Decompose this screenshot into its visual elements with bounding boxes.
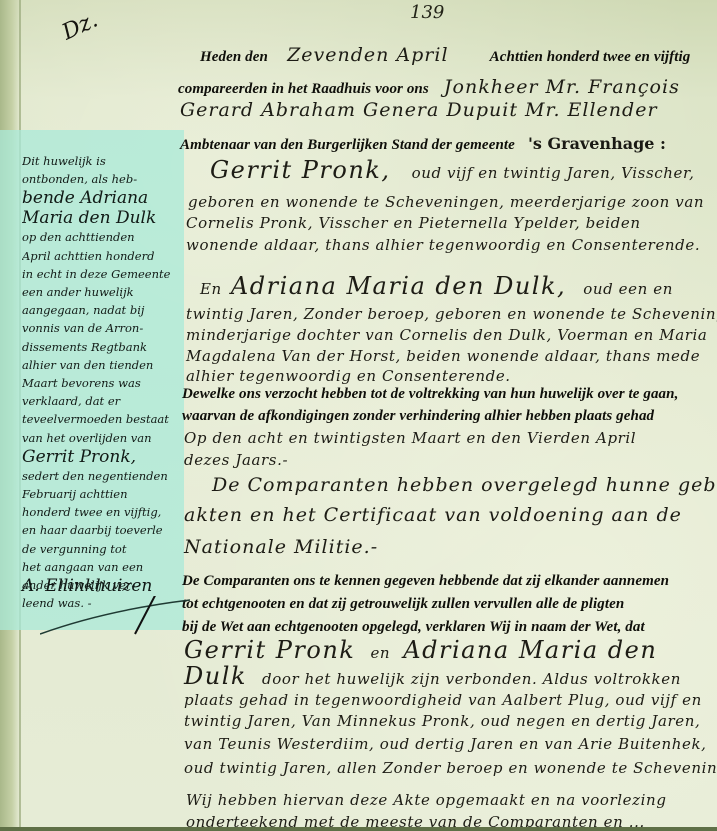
groom-name-2: Gerrit Pronk <box>184 636 355 664</box>
signature-flourish <box>40 596 200 636</box>
record-line: Heden den Zevenden April Achttien honder… <box>200 44 690 66</box>
record-line: plaats gehad in tegenwoordigheid van Aal… <box>184 690 702 709</box>
record-line: Dewelke ons verzocht hebben tot de voltr… <box>182 383 678 403</box>
margin-signature: A. Ellinkhuizen <box>22 576 152 596</box>
bride-name-2: Adriana Maria den <box>403 636 657 664</box>
record-line: akten en het Certificaat van voldoening … <box>184 504 682 526</box>
official-name-cont: Gerard Abraham Genera Dupuit Mr. Ellende… <box>180 99 658 121</box>
page-number: 139 <box>410 2 444 23</box>
scan-bottom-edge <box>0 827 717 831</box>
official-name: Jonkheer Mr. François <box>444 76 680 98</box>
record-line: bij de Wet aan echtgenooten opgelegd, ve… <box>182 616 645 636</box>
corner-initials: Dz. <box>58 8 101 46</box>
record-line: Gerrit Pronk, oud vijf en twintig Jaren,… <box>210 156 694 184</box>
record-line: Gerrit Pronk en Adriana Maria den <box>184 636 657 664</box>
date-handwritten: Zevenden April <box>287 44 448 66</box>
record-line: wonende aldaar, thans alhier tegenwoordi… <box>186 235 700 254</box>
record-line: Gerard Abraham Genera Dupuit Mr. Ellende… <box>180 99 658 121</box>
record-line: geboren en wonende te Scheveningen, meer… <box>188 192 704 211</box>
record-line: Wij hebben hiervan deze Akte opgemaakt e… <box>186 790 667 809</box>
record-line: De Comparanten ons te kennen gegeven heb… <box>182 570 669 590</box>
record-line: oud twintig Jaren, allen Zonder beroep e… <box>184 758 717 777</box>
record-line: Ambtenaar van den Burgerlijken Stand der… <box>180 134 666 154</box>
record-line: De Comparanten hebben overgelegd hunne g… <box>212 474 717 496</box>
margin-annotation: Dit huwelijk is ontbonden, als heb- bend… <box>22 152 182 612</box>
record-line: compareerden in het Raadhuis voor ons Jo… <box>178 76 680 98</box>
bride-name: Adriana Maria den Dulk, <box>231 272 566 300</box>
record-line: Op den acht en twintigsten Maart en den … <box>184 428 636 447</box>
margin-bride-name: bende Adriana <box>22 188 182 208</box>
record-line: En Adriana Maria den Dulk, oud een en <box>200 272 673 300</box>
record-line: minderjarige dochter van Cornelis den Du… <box>186 325 707 344</box>
groom-name: Gerrit Pronk, <box>210 156 390 184</box>
record-line: Nationale Militie.- <box>184 536 378 558</box>
record-line: waarvan de afkondigingen zonder verhinde… <box>182 405 654 425</box>
record-line: Magdalena Van der Horst, beiden wonende … <box>186 346 700 365</box>
record-line: Dulk door het huwelijk zijn verbonden. A… <box>184 662 681 690</box>
record-line: Cornelis Pronk, Visscher en Pieternella … <box>186 213 641 232</box>
record-line: dezes Jaars.- <box>184 450 288 469</box>
record-line: van Teunis Westerdiim, oud dertig Jaren … <box>184 734 707 753</box>
record-line: twintig Jaren, Van Minnekus Pronk, oud n… <box>184 711 700 730</box>
record-line: tot echtgenooten en dat zij getrouwelijk… <box>182 593 624 613</box>
margin-groom-name: Gerrit Pronk, <box>22 447 182 467</box>
municipality: 's Gravenhage : <box>528 134 666 153</box>
record-line: twintig Jaren, Zonder beroep, geboren en… <box>186 304 717 323</box>
